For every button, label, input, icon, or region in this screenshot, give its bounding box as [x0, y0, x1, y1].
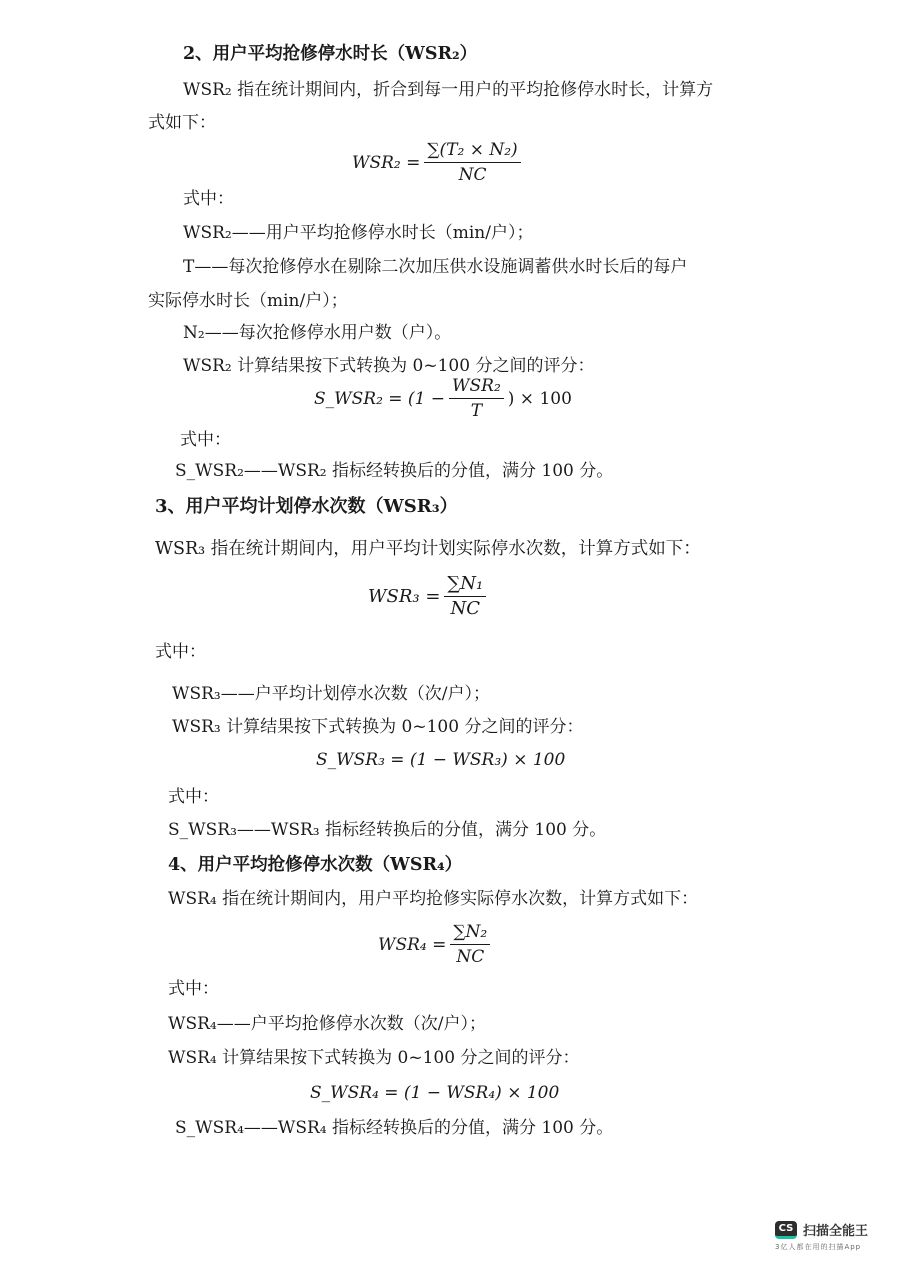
where-label: 式中： — [168, 978, 219, 1000]
score-definition-wsr4: S_WSR₄——WSR₄ 指标经转换后的分值，满分 100 分。 — [175, 1117, 613, 1139]
numerator: ∑N₁ — [444, 574, 486, 597]
section-3-heading: 3、用户平均计划停水次数（WSR₃） — [155, 496, 458, 518]
section-3-intro: WSR₃ 指在统计期间内，用户平均计划实际停水次数，计算方式如下： — [155, 538, 701, 560]
conversion-text: WSR₄ 计算结果按下式转换为 0~100 分之间的评分： — [168, 1047, 579, 1069]
denominator: T — [471, 399, 482, 421]
score-lhs: S_WSR₂ = (1 − — [314, 389, 445, 409]
section-4-heading: 4、用户平均抢修停水次数（WSR₄） — [168, 854, 462, 876]
section-2-heading: 2、用户平均抢修停水时长（WSR₂） — [183, 43, 477, 65]
where-label: 式中： — [168, 786, 219, 808]
section-2-intro-line2: 式如下： — [148, 112, 216, 134]
score-definition-wsr2: S_WSR₂——WSR₂ 指标经转换后的分值，满分 100 分。 — [175, 460, 613, 482]
definition-t-line1: T——每次抢修停水在剔除二次加压供水设施调蓄供水时长后的每户 — [183, 256, 687, 278]
fraction: ∑N₁ NC — [444, 574, 486, 619]
where-label: 式中： — [155, 641, 206, 663]
fraction: WSR₂ T — [449, 376, 504, 421]
formula-wsr3: WSR₃ = ∑N₁ NC — [368, 574, 490, 619]
formula-wsr2: WSR₂ = ∑(T₂ × N₂) NC — [352, 140, 525, 185]
scanner-watermark: CS 扫描全能王 3亿人都在用的扫描App — [775, 1220, 895, 1252]
definition-wsr3: WSR₃——户平均计划停水次数（次/户）； — [172, 683, 490, 705]
fraction: ∑N₂ NC — [450, 922, 490, 967]
numerator: WSR₂ — [449, 376, 504, 399]
denominator: NC — [456, 945, 484, 967]
formula-lhs: WSR₃ = — [368, 586, 440, 607]
score-rhs: ) × 100 — [508, 389, 572, 409]
camscanner-logo-icon: CS — [775, 1221, 797, 1239]
where-label: 式中： — [183, 188, 234, 210]
document-page: 2、用户平均抢修停水时长（WSR₂） WSR₂ 指在统计期间内，折合到每一用户的… — [0, 0, 900, 1273]
conversion-text: WSR₃ 计算结果按下式转换为 0~100 分之间的评分： — [172, 716, 583, 738]
formula-lhs: WSR₂ = — [352, 153, 420, 173]
definition-n2: N₂——每次抢修停水用户数（户）。 — [183, 322, 451, 344]
definition-wsr4: WSR₄——户平均抢修停水次数（次/户）； — [168, 1013, 486, 1035]
formula-wsr4: WSR₄ = ∑N₂ NC — [378, 922, 494, 967]
fraction: ∑(T₂ × N₂) NC — [424, 140, 520, 185]
numerator: ∑N₂ — [450, 922, 490, 945]
score-definition-wsr3: S_WSR₃——WSR₃ 指标经转换后的分值，满分 100 分。 — [168, 819, 606, 841]
denominator: NC — [459, 163, 487, 185]
section-2-intro-line1: WSR₂ 指在统计期间内，折合到每一用户的平均抢修停水时长，计算方 — [183, 79, 713, 101]
definition-t-line2: 实际停水时长（min/户）； — [148, 290, 348, 312]
conversion-text: WSR₂ 计算结果按下式转换为 0~100 分之间的评分： — [183, 355, 594, 377]
watermark-tagline: 3亿人都在用的扫描App — [775, 1242, 895, 1252]
where-label: 式中： — [180, 429, 231, 451]
section-4-intro: WSR₄ 指在统计期间内，用户平均抢修实际停水次数，计算方式如下： — [168, 888, 698, 910]
denominator: NC — [451, 597, 481, 619]
watermark-name: 扫描全能王 — [803, 1220, 868, 1239]
formula-s-wsr3: S_WSR₃ = (1 − WSR₃) × 100 — [316, 750, 565, 770]
formula-s-wsr2: S_WSR₂ = (1 − WSR₂ T ) × 100 — [314, 376, 572, 421]
definition-wsr2: WSR₂——用户平均抢修停水时长（min/户）； — [183, 222, 533, 244]
formula-s-wsr4: S_WSR₄ = (1 − WSR₄) × 100 — [310, 1083, 559, 1103]
numerator: ∑(T₂ × N₂) — [424, 140, 520, 163]
formula-lhs: WSR₄ = — [378, 935, 446, 955]
